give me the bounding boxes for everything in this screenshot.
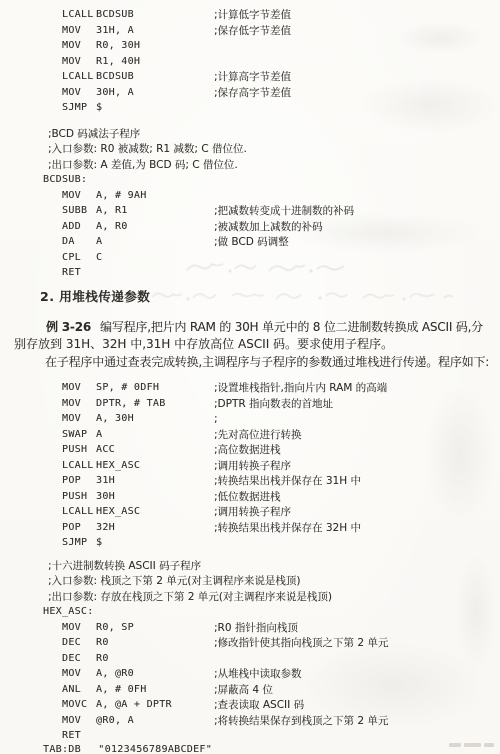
code-line: CPL C (0, 250, 500, 266)
comment: ;R0 指针指向栈顶 (214, 620, 298, 635)
example-paragraph-line1: 例 3-26 编写程序,把片内 RAM 的 30H 单元中的 8 位二进制数转换… (0, 318, 500, 336)
operand: HEX_ASC (96, 460, 214, 471)
comment: ;低位数据进栈 (214, 489, 281, 504)
subroutine-label: HEX_ASC: (0, 604, 500, 620)
mnemonic: POP (62, 522, 96, 533)
code-line: MOV A, # 9AH (0, 188, 500, 204)
mnemonic: MOV (62, 398, 96, 409)
operand: 31H, A (96, 25, 214, 36)
code-line: MOV @R0, A ;将转换结果保存到栈顶之下第 2 单元 (0, 713, 500, 729)
mnemonic: MOV (62, 56, 96, 67)
operand: A, R0 (96, 221, 214, 232)
mnemonic: CPL (62, 252, 96, 263)
operand: BCDSUB (96, 71, 214, 82)
operand: ACC (96, 444, 214, 455)
code-line: MOV R1, 40H (0, 54, 500, 70)
operand: 32H (96, 522, 214, 533)
example-number: 例 3-26 (46, 318, 91, 335)
operand: A, # 0FH (96, 684, 214, 695)
code-line: SWAP A ;先对高位进行转换 (0, 427, 500, 443)
mnemonic: SWAP (62, 429, 96, 440)
code-line: MOV 31H, A ;保存低字节差值 (0, 23, 500, 39)
comment: ;将转换结果保存到栈顶之下第 2 单元 (214, 713, 388, 728)
mnemonic: DEC (62, 653, 96, 664)
operand: SP, # 0DFH (96, 382, 214, 393)
operand: @R0, A (96, 715, 214, 726)
mnemonic: SUBB (62, 205, 96, 216)
comment-line: ;入口参数: 栈顶之下第 2 单元(对主调程序来说是栈顶) (0, 573, 500, 589)
comment-line: ;十六进制数转换 ASCII 码子程序 (0, 558, 500, 574)
code-line: DEC R0 (0, 651, 500, 667)
mnemonic: MOV (62, 622, 96, 633)
mnemonic: MOVC (62, 699, 96, 710)
watermark-fragment (449, 743, 461, 747)
mnemonic: LCALL (62, 71, 96, 82)
operand: A, 30H (96, 413, 214, 424)
comment: ;调用转换子程序 (214, 504, 291, 519)
code-line: LCALL HEX_ASC ;调用转换子程序 (0, 504, 500, 520)
mnemonic: MOV (62, 87, 96, 98)
mnemonic: LCALL (62, 506, 96, 517)
code-line: LCALL HEX_ASC ;调用转换子程序 (0, 458, 500, 474)
example-paragraph-line3: 在子程序中通过查表完成转换,主调程序与子程序的参数通过堆栈进行传递。程序如下: (0, 353, 500, 371)
operand: 30H (96, 491, 214, 502)
example-paragraph-line2: 别存放到 31H、32H 中,31H 中存放高位 ASCII 码。要求使用子程序… (0, 335, 500, 353)
paragraph-text: 在子程序中通过查表完成转换,主调程序与子程序的参数通过堆栈进行传递。程序如下: (45, 353, 489, 370)
mnemonic: MOV (62, 715, 96, 726)
mnemonic: PUSH (62, 444, 96, 455)
code-line: SJMP $ (0, 535, 500, 551)
operand: 30H, A (96, 87, 214, 98)
paragraph-text: 编写程序,把片内 RAM 的 30H 单元中的 8 位二进制数转换成 ASCII… (100, 318, 483, 335)
code-line: MOV DPTR, # TAB ;DPTR 指向数表的首地址 (0, 396, 500, 412)
mnemonic: LCALL (62, 9, 96, 20)
code-line: RET (0, 265, 500, 281)
mnemonic: RET (62, 730, 96, 741)
code-line: MOV 30H, A ;保存高字节差值 (0, 85, 500, 101)
comment: ;保存高字节差值 (214, 85, 291, 100)
code-line: PUSH 30H ;低位数据进栈 (0, 489, 500, 505)
operand: R0, 30H (96, 40, 214, 51)
comment: ;DPTR 指向数表的首地址 (214, 396, 333, 411)
mnemonic: SJMP (62, 537, 96, 548)
comment-line: ;出口参数: 存放在栈顶之下第 2 单元(对主调程序来说是栈顶) (0, 589, 500, 605)
comment: ; (214, 413, 218, 425)
code-block-main-bcd: LCALL BCDSUB ;计算低字节差值 MOV 31H, A ;保存低字节差… (0, 0, 500, 116)
comment: ;查表读取 ASCII 码 (214, 697, 304, 712)
operand: R0 (96, 637, 214, 648)
code-line: LCALL BCDSUB ;计算高字节差值 (0, 69, 500, 85)
mnemonic: MOV (62, 190, 96, 201)
operand: $ (96, 537, 214, 548)
code-line: DA A ;做 BCD 码调整 (0, 234, 500, 250)
code-line: POP 32H ;转换结果出栈并保存在 32H 中 (0, 520, 500, 536)
operand: A, # 9AH (96, 190, 214, 201)
mnemonic: ANL (62, 684, 96, 695)
comment: ;计算高字节差值 (214, 69, 291, 84)
comment: ;从堆栈中读取参数 (214, 666, 302, 681)
db-directive: DB (68, 744, 98, 754)
section-heading: 2. 用堆栈传递参数 (0, 287, 500, 303)
bcdsub-subroutine-block: ;BCD 码减法子程序 ;入口参数: R0 被减数; R1 减数; C 借位位.… (0, 126, 500, 281)
operand: C (96, 252, 214, 263)
operand: A, @A + DPTR (96, 699, 214, 710)
code-line: POP 31H ;转换结果出栈并保存在 31H 中 (0, 473, 500, 489)
code-line: MOV SP, # 0DFH ;设置堆栈指针,指向片内 RAM 的高端 (0, 380, 500, 396)
comment-line: ;出口参数: A 差值,为 BCD 码; C 借位位. (0, 157, 500, 173)
subroutine-label: BCDSUB: (0, 172, 500, 188)
mnemonic: DEC (62, 637, 96, 648)
comment: ;计算低字节差值 (214, 7, 291, 22)
mnemonic: SJMP (62, 102, 96, 113)
code-line: ADD A, R0 ;被减数加上减数的补码 (0, 219, 500, 235)
comment: ;先对高位进行转换 (214, 427, 302, 442)
code-line: MOVC A, @A + DPTR ;查表读取 ASCII 码 (0, 697, 500, 713)
code-line: SJMP $ (0, 100, 500, 116)
code-line: ANL A, # 0FH ;屏蔽高 4 位 (0, 682, 500, 698)
comment-line: ;入口参数: R0 被减数; R1 减数; C 借位位. (0, 141, 500, 157)
operand: HEX_ASC (96, 506, 214, 517)
code-line: SUBB A, R1 ;把减数转变成十进制数的补码 (0, 203, 500, 219)
comment: ;高位数据进栈 (214, 442, 281, 457)
code-block-main-hex: MOV SP, # 0DFH ;设置堆栈指针,指向片内 RAM 的高端 MOV … (0, 380, 500, 551)
operand: R1, 40H (96, 56, 214, 67)
mnemonic: MOV (62, 382, 96, 393)
operand: A, @R0 (96, 668, 214, 679)
operand: R0, SP (96, 622, 214, 633)
comment: ;保存低字节差值 (214, 23, 291, 38)
tab-label: TAB: (43, 744, 68, 754)
tab-string-value: "0123456789ABCDEF" (98, 744, 212, 754)
paragraph-text: 别存放到 31H、32H 中,31H 中存放高位 ASCII 码。要求使用子程序… (14, 335, 393, 352)
comment: ;转换结果出栈并保存在 31H 中 (214, 473, 361, 488)
mnemonic: POP (62, 475, 96, 486)
code-line: LCALL BCDSUB ;计算低字节差值 (0, 7, 500, 23)
code-line: MOV A, @R0 ;从堆栈中读取参数 (0, 666, 500, 682)
operand: DPTR, # TAB (96, 398, 214, 409)
operand: R0 (96, 653, 214, 664)
mnemonic: LCALL (62, 460, 96, 471)
comment: ;修改指针使其指向栈顶之下第 2 单元 (214, 635, 388, 650)
mnemonic: MOV (62, 413, 96, 424)
code-line: DEC R0 ;修改指针使其指向栈顶之下第 2 单元 (0, 635, 500, 651)
mnemonic: MOV (62, 40, 96, 51)
hexasc-subroutine-block: ;十六进制数转换 ASCII 码子程序 ;入口参数: 栈顶之下第 2 单元(对主… (0, 558, 500, 754)
operand: $ (96, 102, 214, 113)
faint-watermark (449, 743, 494, 747)
mnemonic: MOV (62, 25, 96, 36)
mnemonic: DA (62, 236, 96, 247)
scanned-page: LCALL BCDSUB ;计算低字节差值 MOV 31H, A ;保存低字节差… (0, 0, 500, 754)
operand: 31H (96, 475, 214, 486)
comment: ;设置堆栈指针,指向片内 RAM 的高端 (214, 380, 387, 395)
operand: A (96, 429, 214, 440)
watermark-fragment (464, 743, 481, 747)
code-line: MOV R0, 30H (0, 38, 500, 54)
tab-data-line: TAB: DB "0123456789ABCDEF" (0, 742, 500, 754)
watermark-fragment (484, 743, 494, 747)
comment: ;被减数加上减数的补码 (214, 219, 323, 234)
mnemonic: PUSH (62, 491, 96, 502)
operand: A, R1 (96, 205, 214, 216)
code-line: MOV A, 30H ; (0, 411, 500, 427)
code-line: PUSH ACC ;高位数据进栈 (0, 442, 500, 458)
comment-line: ;BCD 码减法子程序 (0, 126, 500, 142)
code-line: MOV R0, SP ;R0 指针指向栈顶 (0, 620, 500, 636)
comment: ;屏蔽高 4 位 (214, 682, 273, 697)
comment: ;做 BCD 码调整 (214, 234, 289, 249)
comment: ;把减数转变成十进制数的补码 (214, 203, 354, 218)
mnemonic: RET (62, 267, 96, 278)
comment: ;调用转换子程序 (214, 458, 291, 473)
mnemonic: MOV (62, 668, 96, 679)
comment: ;转换结果出栈并保存在 32H 中 (214, 520, 361, 535)
operand: BCDSUB (96, 9, 214, 20)
operand: A (96, 236, 214, 247)
mnemonic: ADD (62, 221, 96, 232)
